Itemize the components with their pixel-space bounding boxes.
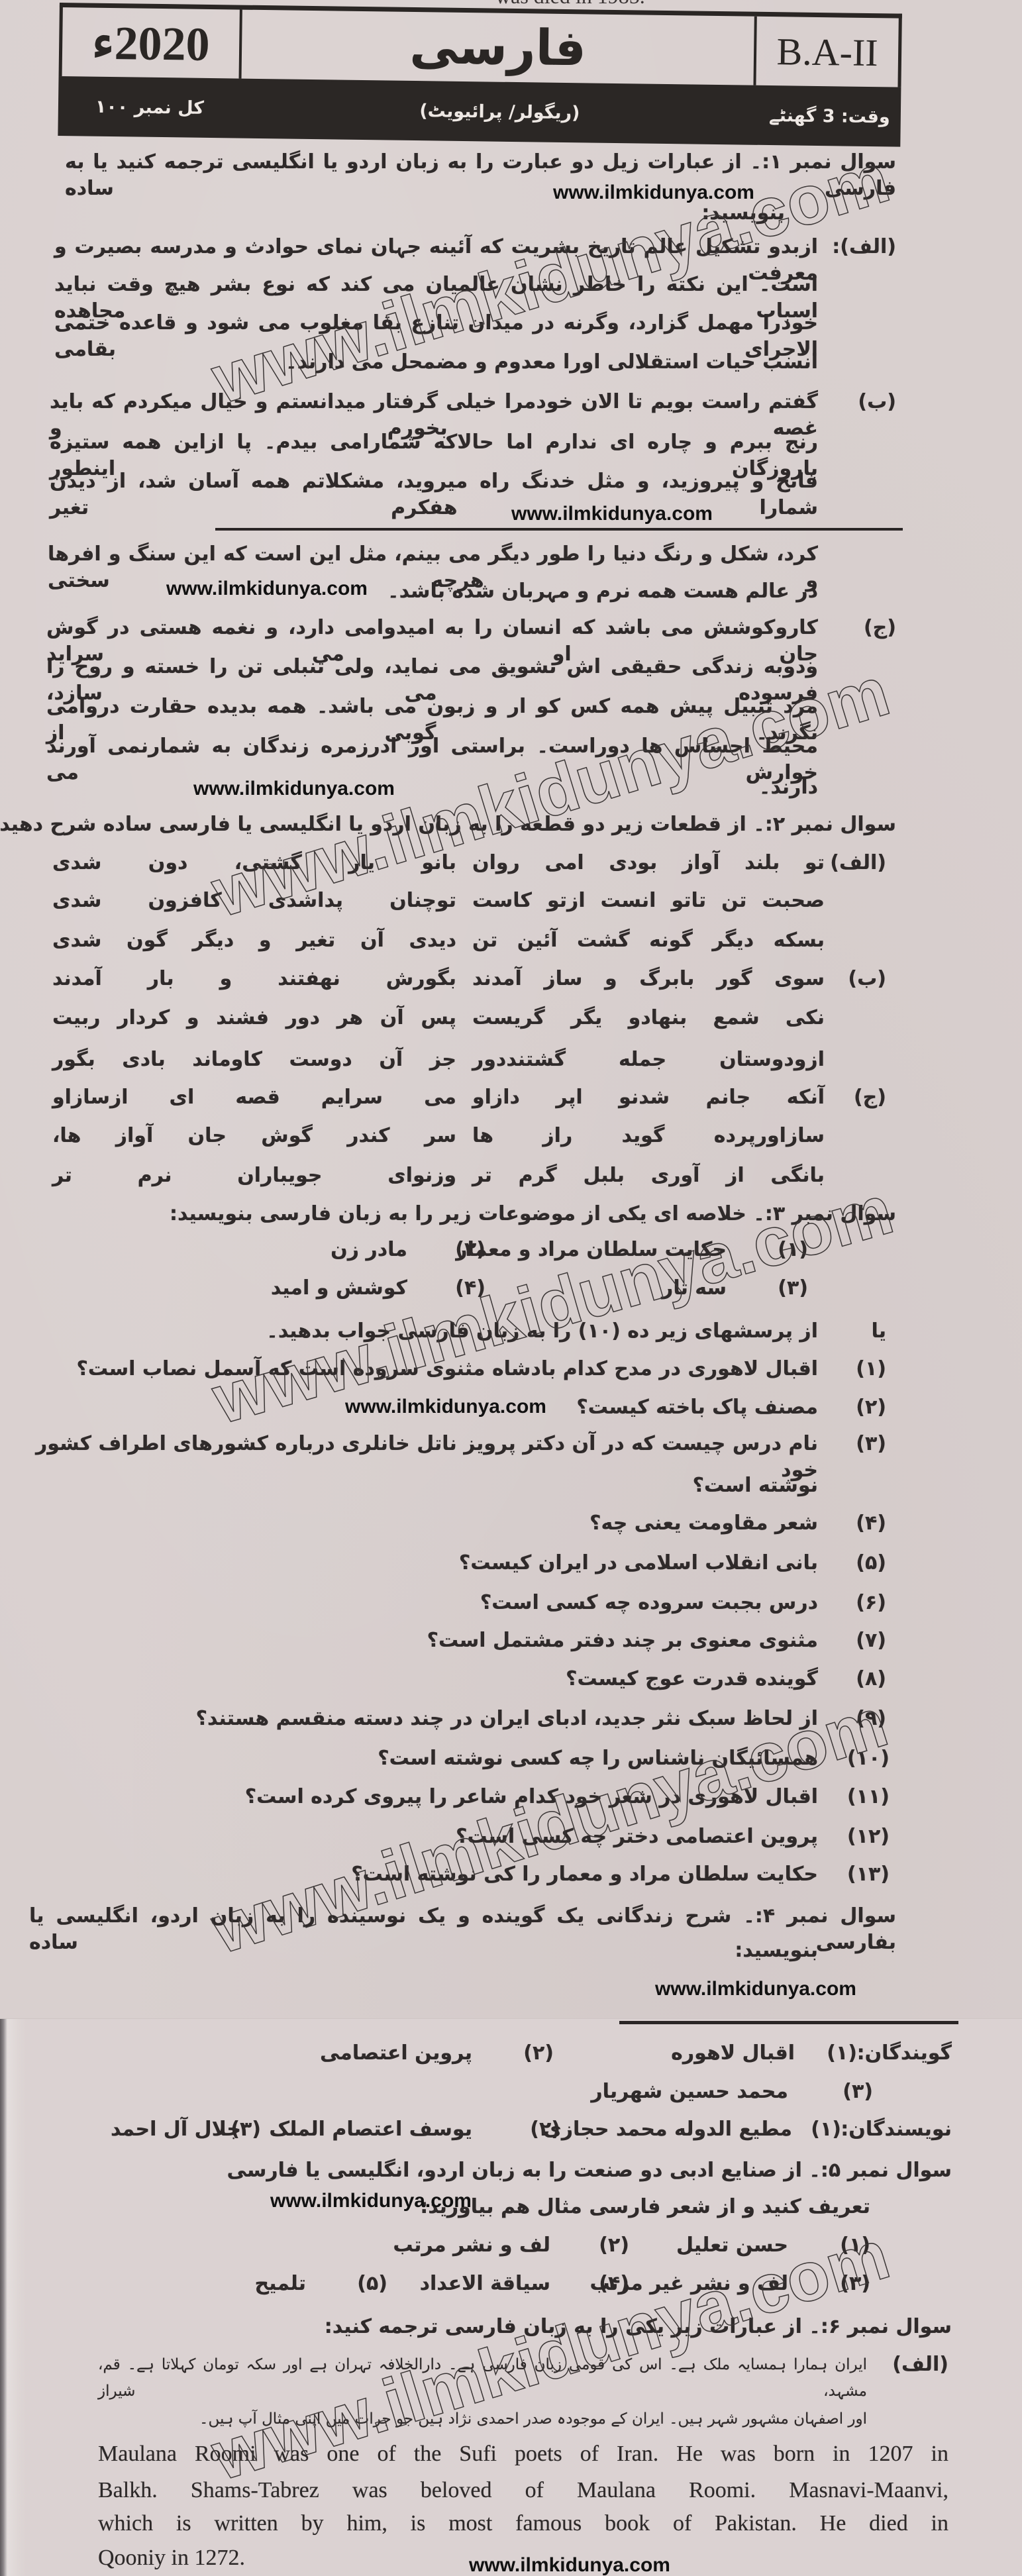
q1-jim-line: ودوبه زندگی حقیقی اش تشویق می نماید، ولی… — [46, 654, 818, 680]
writer-number: (۱) — [811, 2116, 841, 2143]
topic-text: سه تار — [662, 1275, 727, 1302]
question-text: مصنف پاک باخته کیست؟ — [576, 1394, 818, 1421]
verse-hemistich: صحبت تن تاتو انست ازتو کاست — [472, 888, 825, 914]
writers-label: نویسندگان: — [841, 2116, 952, 2143]
q5-title: سوال نمبر ۵:۔ از صنایع ادبی دو صنعت را ب… — [227, 2157, 952, 2184]
question-number: (۷) — [856, 1627, 886, 1654]
subject-cell: فارسی — [242, 10, 757, 85]
question-number: (۵) — [856, 1550, 886, 1576]
verse-hemistich: نکی شمع بنهادو یگر گریست — [472, 1005, 825, 1031]
question-text: بانی انقلاب اسلامی در ایران کیست؟ — [459, 1550, 818, 1576]
q1-part-label: (ب) — [858, 389, 896, 415]
question-number: (۸) — [856, 1666, 886, 1692]
q2-part-label: (ج) — [854, 1084, 886, 1111]
device-number: (۳) — [840, 2271, 870, 2297]
topic-number: (۴) — [455, 1275, 485, 1302]
header-info-band: کل نمبر ۱۰۰ (ریگولر/ پرائیویٹ) وقت: 3 گھ… — [58, 76, 901, 147]
question-text: پروین اعتصامی دختر چه کسی است؟ — [456, 1824, 818, 1850]
device-name: سیاقة الاعداد — [420, 2271, 550, 2297]
q1-alef-line: است۔ این نکته را خاطر نشان عالمیان می کن… — [54, 272, 818, 298]
question-text: اقبال لاهوری در شعر خود کدام شاعر را پیر… — [245, 1784, 818, 1810]
q1-be-line: در عالم هست همه نرم و مہربان شده باشد۔ — [387, 578, 818, 605]
question-text: حکایت سلطان مراد و معمار را کی نوشته است… — [351, 1861, 818, 1888]
verse-hemistich: تو بلند آواز بودی امی روان — [472, 850, 825, 876]
question-number: (۱۱) — [847, 1784, 890, 1810]
q1-jim-line: محیط احساس ها دوراست۔ براستی اور ادرزمره… — [46, 733, 818, 760]
column-divider-rule — [215, 528, 903, 531]
class-name: B.A-II — [776, 29, 878, 75]
poet-name: اقبال لاهوره — [671, 2040, 795, 2067]
q6-part-label: (الف) — [892, 2351, 948, 2378]
question-number: (۱۰) — [847, 1745, 890, 1772]
class-cell: B.A-II — [756, 17, 898, 87]
q5-title-cont: تعریف کنید و از شعر فارسی مثال هم بیاوری… — [420, 2194, 870, 2220]
website-stamp: www.ilmkidunya.com — [345, 1397, 546, 1417]
verse-hemistich: پس آن هر دور فشند و کردار ربیت — [52, 1005, 456, 1031]
question-text: درس بجبت سروده چه کسی است؟ — [480, 1590, 818, 1616]
website-stamp: www.ilmkidunya.com — [469, 2555, 670, 2575]
q2-title: سوال نمبر ۲:۔ از قطعات زیر دو قطعه را به… — [0, 811, 896, 838]
q1-be-line: گفتم راست بویم تا الان خودمرا خیلی گرفتا… — [50, 389, 818, 415]
writer-name: جلال آل احمد — [111, 2116, 241, 2143]
q3-title: سوال نمبر ۳:۔ خلاصه ای یکی از موضوعات زی… — [170, 1201, 896, 1227]
topic-number: (۳) — [778, 1275, 808, 1302]
q4-title: سوال نمبر ۴:۔ شرح زندگانی یک گوینده و یک… — [29, 1903, 896, 1930]
verse-hemistich: سر کندر گوش جان آواز ها، — [52, 1123, 456, 1149]
english-passage-line: Maulana Roomi was one of the Sufi poets … — [98, 2441, 948, 2467]
q1-alef-line: خودرا مهمل گزارد، وگرنه در میدان تنازع ب… — [54, 310, 818, 336]
device-name: لف و نشر مرتب — [393, 2232, 550, 2259]
question-number: (۶) — [856, 1590, 886, 1616]
total-marks: کل نمبر ۱۰۰ — [58, 76, 241, 138]
question-number: (۱۲) — [847, 1824, 890, 1850]
q6-title: سوال نمبر ۶:۔ از عبارات زیر یکی را به زب… — [325, 2314, 952, 2340]
q2-part-label: (ب) — [848, 966, 886, 992]
q1-jim-line: کاروکوشش می باشد که انسان را به امیدوامی… — [46, 615, 818, 641]
website-stamp: www.ilmkidunya.com — [553, 183, 754, 203]
verse-hemistich: سوی گور بابرگ و ساز آمدند — [472, 966, 825, 992]
question-text: از لحاظ سبک نثر جدید، ادبای ایران در چند… — [196, 1706, 818, 1732]
verse-hemistich: بانو یار گشتی، دون شدی — [52, 850, 456, 876]
poets-label: گویندگان: — [857, 2040, 952, 2067]
device-name: تلمیح — [255, 2271, 307, 2297]
question-text: اقبال لاهوری در مدح کدام بادشاه مثنوی سر… — [77, 1356, 818, 1382]
question-text: همسائیگان ناشناس را چه کسی نوشته است؟ — [378, 1745, 818, 1772]
verse-hemistich: ازودوستان جمله گشتنددور — [472, 1047, 825, 1073]
q1-alef-line: ازبدو تشکیل عالم تاریخ بشریت که آئینه جہ… — [54, 234, 818, 260]
website-stamp: www.ilmkidunya.com — [193, 779, 395, 799]
website-stamp: www.ilmkidunya.com — [511, 504, 713, 524]
question-text-cont: نوشته است؟ — [693, 1472, 818, 1499]
question-number: (۳) — [856, 1431, 886, 1457]
question-text: نام درس چیست که در آن دکتر پرویز ناتل خا… — [36, 1431, 818, 1457]
verse-hemistich: بسکه دیگر گونه گشت آئین تن — [472, 927, 825, 954]
poet-number: (۱) — [827, 2040, 857, 2067]
topic-text: مادر زن — [331, 1237, 407, 1263]
device-number: (۱) — [840, 2232, 870, 2259]
exam-type: (ریگولر/ پرائیویٹ) — [240, 79, 758, 145]
exam-paper-scan: was died in 1985. 2020ء فارسی B.A-II کل … — [0, 0, 1022, 2576]
subject-title: فارسی — [409, 18, 587, 77]
topic-text: کوشش و امید — [271, 1275, 407, 1302]
or-instruction: از پرسشهای زیر ده (۱۰) را به زبان فارسی … — [266, 1318, 818, 1345]
exam-time: وقت: 3 گھنٹے — [758, 85, 901, 147]
q1-title-cont: بنویسید: — [701, 200, 785, 227]
english-passage-line: which is written by him, is most famous … — [98, 2510, 948, 2537]
poet-name: محمد حسین شهریار — [591, 2079, 788, 2105]
or-label: یا — [871, 1318, 886, 1345]
writer-name: مطیع الدوله محمد حجازی — [543, 2116, 792, 2143]
q1-title: سوال نمبر ۱:۔ از عبارات زیل دو عبارت را … — [65, 149, 896, 176]
q1-be-line: فاتح و پیروزید، و مثل خدنگ راه میروید، م… — [50, 468, 818, 495]
q1-jim-line: دارند۔ — [759, 774, 818, 801]
q4-title-cont: بنویسید: — [735, 1937, 818, 1964]
poet-name: پروین اعتصامی — [320, 2040, 472, 2067]
verse-hemistich: توچنان پداشدی کافزون شدی — [52, 888, 456, 914]
verse-hemistich: می سرایم قصه ای ازسازاو — [52, 1084, 456, 1111]
poet-number: (۳) — [843, 2079, 873, 2105]
device-name: حسن تعلیل — [676, 2232, 788, 2259]
device-number: (۵) — [357, 2271, 387, 2297]
q1-part-label: (ج) — [864, 615, 896, 641]
exam-header: 2020ء فارسی B.A-II کل نمبر ۱۰۰ (ریگولر/ … — [58, 3, 902, 147]
website-stamp: www.ilmkidunya.com — [270, 2191, 472, 2211]
website-stamp: www.ilmkidunya.com — [166, 579, 368, 599]
device-number: (۴) — [599, 2271, 629, 2297]
english-passage-line: Balkh. Shams-Tabrez was beloved of Maula… — [98, 2477, 948, 2504]
cropped-previous-article-text: was died in 1985. — [495, 0, 645, 9]
writer-name: یوسف اعتصام الملک — [269, 2116, 472, 2143]
urdu-passage-line: اور اصفہان مشہور شہر ہیں۔ ایران کے موجود… — [199, 2406, 867, 2432]
q1-alef-line: انسب حیات استقلالی اورا معدوم و مضمحل می… — [285, 349, 818, 376]
year-cell: 2020ء — [62, 7, 242, 79]
verse-hemistich: بگورش نهفتند و بار آمدند — [52, 966, 456, 992]
topic-text: حکایت سلطان مراد و معمار — [456, 1237, 727, 1263]
q1-jim-line: مرد تنبیل پیش همه کس کو ار و زبون می باش… — [46, 694, 818, 720]
question-text: شعر مقاومت یعنی چه؟ — [589, 1510, 818, 1537]
header-title-row: 2020ء فارسی B.A-II — [59, 3, 902, 87]
verse-hemistich: بانگی از آوری بلبل گرم تر — [472, 1162, 825, 1189]
question-number: (۱۳) — [847, 1861, 890, 1888]
device-number: (۲) — [599, 2232, 629, 2259]
q2-part-label: (الف) — [830, 850, 886, 876]
verse-hemistich: وزنوای جویباران نرم تر — [52, 1162, 456, 1189]
question-text: مثنوی معنوی بر چند دفتر مشتمل است؟ — [427, 1627, 818, 1654]
urdu-passage-line: ایران ہمارا ہمسایہ ملک ہے۔ اس کی قومی زب… — [98, 2351, 867, 2378]
verse-hemistich: سازاورپرده گوید راز ها — [472, 1123, 825, 1149]
question-number: (۱) — [856, 1356, 886, 1382]
website-stamp: www.ilmkidunya.com — [655, 1979, 856, 1999]
verse-hemistich: آنکه جانم شدنو اپر دازاو — [472, 1084, 825, 1111]
exam-year: 2020ء — [91, 14, 210, 72]
q1-be-line: کرد، شکل و رنگ دنیا را طور دیگر می بینم،… — [48, 541, 818, 568]
q1-part-label: (الف): — [832, 234, 896, 260]
verse-hemistich: دیدی آن تغیر و دیگر گون شدی — [52, 927, 456, 954]
topic-number: (۱) — [778, 1237, 808, 1263]
section-top-rule — [619, 2021, 958, 2024]
question-number: (۲) — [856, 1394, 886, 1421]
topic-number: (۲) — [455, 1237, 485, 1263]
question-number: (۹) — [856, 1706, 886, 1732]
writer-number: (۲) — [530, 2116, 560, 2143]
question-number: (۴) — [856, 1510, 886, 1537]
q1-be-line: رنج ببرم و چاره ای ندارم اما حالاکه شمار… — [50, 429, 818, 456]
verse-hemistich: جز آن دوست کاوماند بادی بگور — [52, 1047, 456, 1073]
poet-number: (۲) — [523, 2040, 554, 2067]
question-text: گوینده قدرت عوج کیست؟ — [566, 1666, 818, 1692]
